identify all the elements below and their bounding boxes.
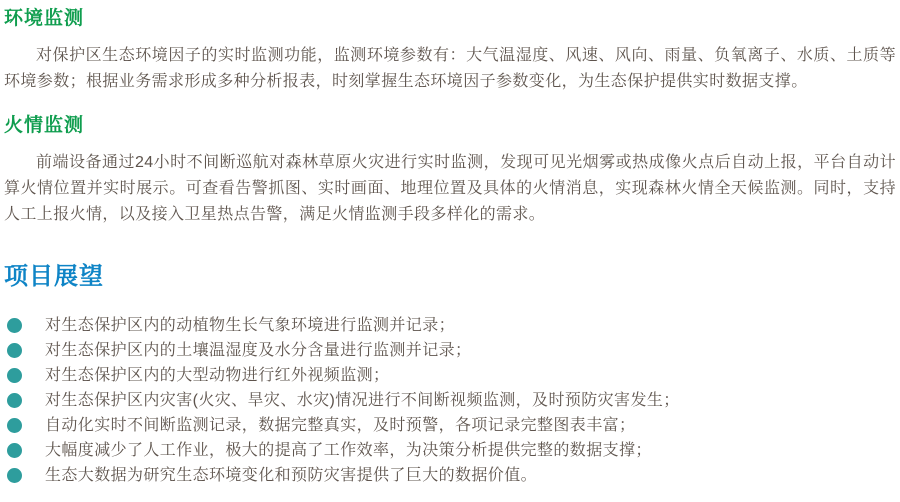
bullet-dot-icon [7,443,22,458]
bullet-dot-icon [7,368,22,383]
bullet-dot-icon [7,468,22,483]
list-item-text: 生态大数据为研究生态环境变化和预防灾害提供了巨大的数据价值。 [45,463,896,488]
list-item-text: 自动化实时不间断监测记录，数据完整真实，及时预警，各项记录完整图表丰富； [45,413,896,438]
list-item: 对生态保护区内的大型动物进行红外视频监测； [4,363,896,388]
outlook-heading: 项目展望 [4,263,896,291]
outlook-list: 对生态保护区内的动植物生长气象环境进行监测并记录； 对生态保护区内的土壤温湿度及… [4,313,896,488]
section-heading-fire: 火情监测 [4,115,896,137]
list-item-text: 对生态保护区内的大型动物进行红外视频监测； [45,363,896,388]
bullet-dot-icon [7,318,22,333]
list-item: 对生态保护区内灾害(火灾、旱灾、水灾)情况进行不间断视频监测，及时预防灾害发生； [4,388,896,413]
document-page: 环境监测 对保护区生态环境因子的实时监测功能，监测环境参数有：大气温湿度、风速、… [0,0,900,502]
section-heading-environment: 环境监测 [4,8,896,30]
bullet-dot-icon [7,418,22,433]
list-item-text: 大幅度减少了人工作业，极大的提高了工作效率，为决策分析提供完整的数据支撑； [45,438,896,463]
section-fire-monitoring: 火情监测 前端设备通过24小时不间断巡航对森林草原火灾进行实时监测，发现可见光烟… [4,115,896,228]
section-environment-monitoring: 环境监测 对保护区生态环境因子的实时监测功能，监测环境参数有：大气温湿度、风速、… [4,8,896,95]
list-item: 大幅度减少了人工作业，极大的提高了工作效率，为决策分析提供完整的数据支撑； [4,438,896,463]
list-item: 生态大数据为研究生态环境变化和预防灾害提供了巨大的数据价值。 [4,463,896,488]
list-item: 自动化实时不间断监测记录，数据完整真实，及时预警，各项记录完整图表丰富； [4,413,896,438]
list-item-text: 对生态保护区内的土壤温湿度及水分含量进行监测并记录； [45,338,896,363]
list-item: 对生态保护区内的土壤温湿度及水分含量进行监测并记录； [4,338,896,363]
list-item-text: 对生态保护区内灾害(火灾、旱灾、水灾)情况进行不间断视频监测，及时预防灾害发生； [45,388,896,413]
section-body-fire: 前端设备通过24小时不间断巡航对森林草原火灾进行实时监测，发现可见光烟雾或热成像… [4,150,896,228]
bullet-dot-icon [7,343,22,358]
section-project-outlook: 项目展望 对生态保护区内的动植物生长气象环境进行监测并记录； 对生态保护区内的土… [4,263,896,488]
list-item: 对生态保护区内的动植物生长气象环境进行监测并记录； [4,313,896,338]
bullet-dot-icon [7,393,22,408]
section-body-environment: 对保护区生态环境因子的实时监测功能，监测环境参数有：大气温湿度、风速、风向、雨量… [4,43,896,95]
list-item-text: 对生态保护区内的动植物生长气象环境进行监测并记录； [45,313,896,338]
